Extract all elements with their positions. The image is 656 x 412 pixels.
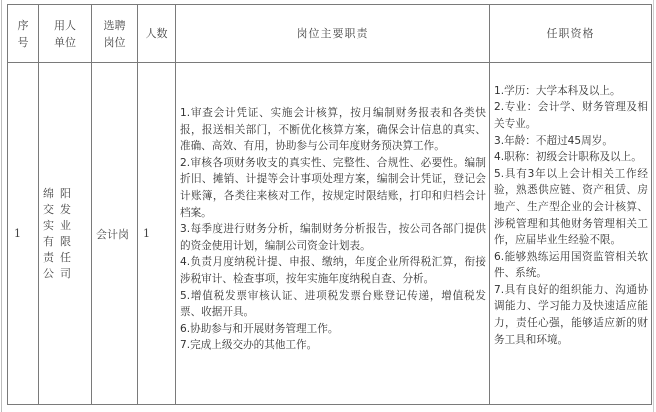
qualification-item: 2.专业：会计学、财务管理及相关专业。: [494, 99, 648, 132]
qualification-item: 5.具有3年以上会计相关工作经验，熟悉供应链、资产租赁、房地产、生产型企业的会计…: [494, 166, 648, 249]
header-post: 选聘 岗位: [92, 5, 138, 63]
header-duties: 岗位主要职责: [176, 5, 490, 63]
qualification-item: 1.学历：大学本科及以上。: [494, 83, 648, 100]
qualification-item: 3.年龄：不超过45周岁。: [494, 133, 648, 150]
header-unit: 用人 单位: [39, 5, 92, 63]
row-duties: 1.审查会计凭证、实施会计核算，按月编制财务报表和各类快报，报送相关部门，不断优…: [176, 63, 490, 405]
header-unit-line1: 用人: [39, 17, 91, 34]
row-unit: 绵阳交发实业有限责任公司: [39, 63, 92, 405]
table-row: 1 绵阳交发实业有限责任公司 会计岗 1 1.审查会计凭证、实施会计核算，按月编…: [8, 63, 652, 405]
qualification-item: 7.具有良好的组织能力、沟通协调能力、学习能力及快速适应能力，责任心强，能够适应…: [494, 282, 648, 348]
row-post: 会计岗: [92, 63, 138, 405]
header-no-line1: 序: [8, 17, 38, 34]
row-no: 1: [8, 63, 39, 405]
duty-item: 5.增值税发票审核认证、进项税发票台账登记传递，增值税发票、收据开具。: [180, 288, 486, 321]
qualification-item: 6.能够熟练运用国资监管相关软件、系统。: [494, 249, 648, 282]
duty-item: 4.负责月度纳税计提、申报、缴纳，年度企业所得税汇算，衔接涉税审计、检查事项，按…: [180, 254, 486, 287]
header-post-line1: 选聘: [92, 17, 137, 34]
header-no-line2: 号: [8, 34, 38, 51]
employer-name: 绵阳交发实业有限责任公司: [43, 186, 87, 282]
header-count: 人数: [138, 5, 176, 63]
row-count: 1: [138, 63, 176, 405]
page-left-edge: [1, 0, 2, 412]
row-qualifications: 1.学历：大学本科及以上。 2.专业：会计学、财务管理及相关专业。 3.年龄：不…: [490, 63, 652, 405]
header-unit-line2: 单位: [39, 34, 91, 51]
duty-item: 3.每季度进行财务分析，编制财务分析报告，按公司各部门提供的资金使用计划，编制公…: [180, 221, 486, 254]
page-right-edge: [653, 0, 654, 412]
duty-item: 1.审查会计凭证、实施会计核算，按月编制财务报表和各类快报，报送相关部门，不断优…: [180, 105, 486, 155]
header-qualifications: 任职资格: [490, 5, 652, 63]
duty-item: 2.审核各项财务收支的真实性、完整性、合规性、必要性。编制折旧、摊销、计提等会计…: [180, 155, 486, 221]
qualification-item: 4.职称：初级会计职称及以上。: [494, 149, 648, 166]
duty-item: 7.完成上级交办的其他工作。: [180, 337, 486, 354]
header-no: 序 号: [8, 5, 39, 63]
table-header-row: 序 号 用人 单位 选聘 岗位 人数 岗位主要职责 任职资格: [8, 5, 652, 63]
job-posting-table: 序 号 用人 单位 选聘 岗位 人数 岗位主要职责 任职资格 1 绵阳交发实业有…: [7, 4, 652, 405]
header-post-line2: 岗位: [92, 34, 137, 51]
duty-item: 6.协助参与和开展财务管理工作。: [180, 321, 486, 338]
